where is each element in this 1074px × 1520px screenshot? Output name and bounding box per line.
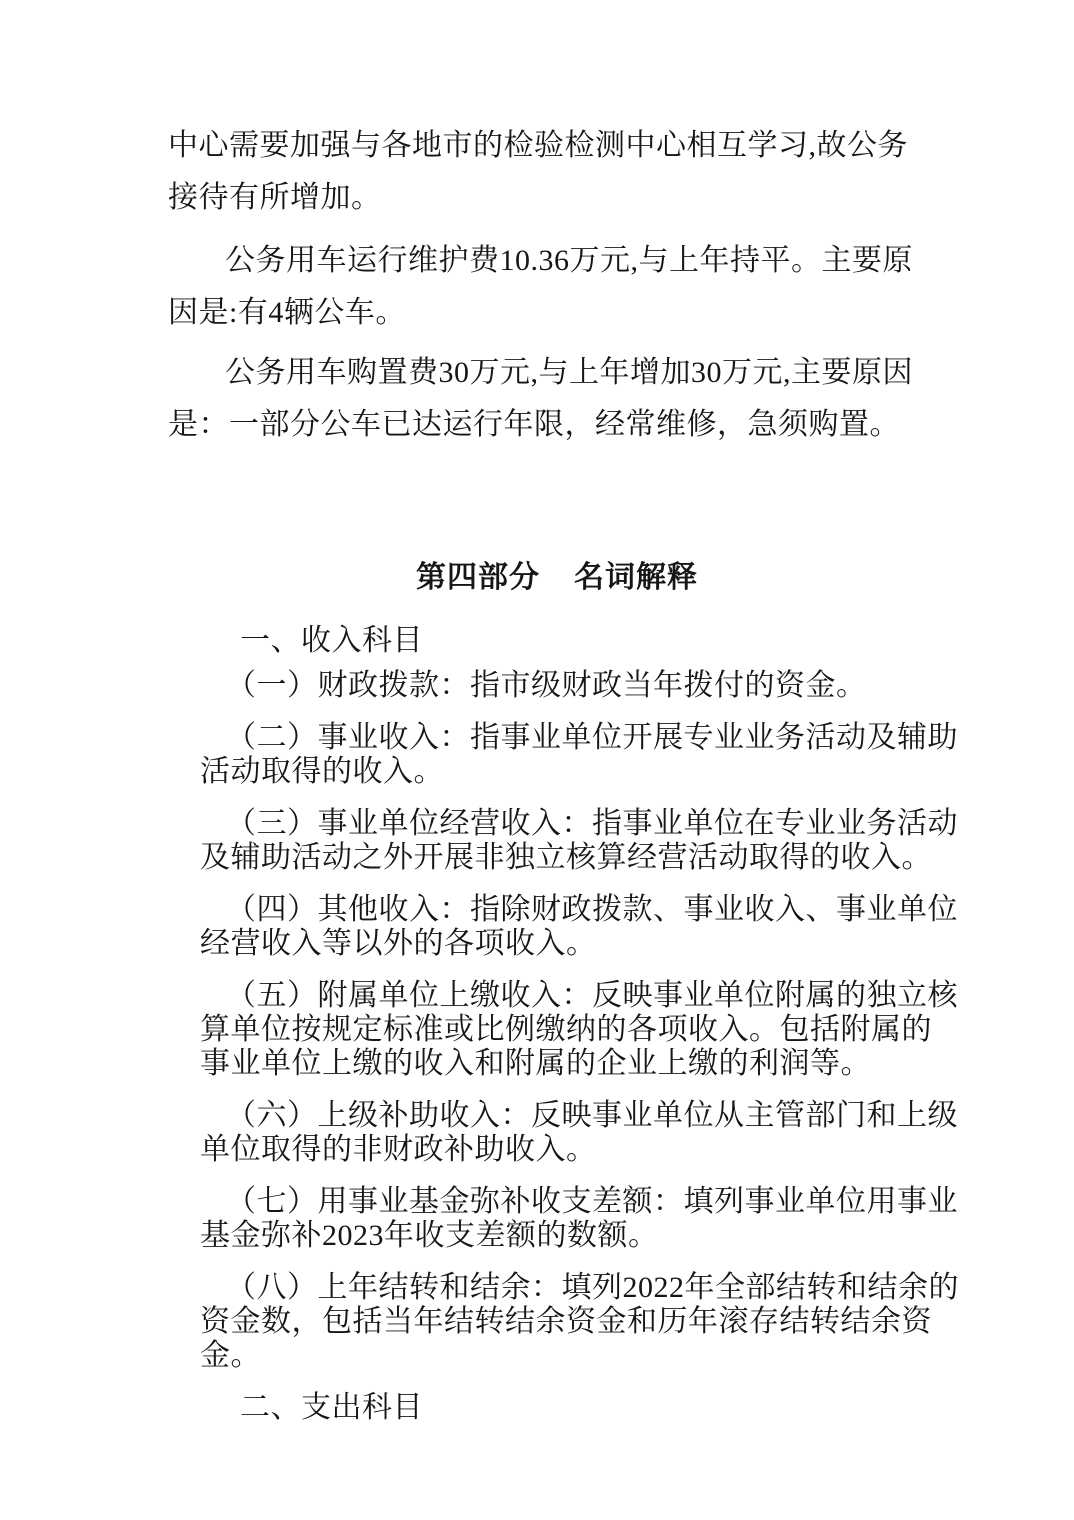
glossary-item-3: （三）事业单位经营收入：指事业单位在专业业务活动 及辅助活动之外开展非独立核算经… [200, 807, 1074, 875]
glossary-line: （六）上级补助收入：反映事业单位从主管部门和上级 [200, 1099, 1074, 1133]
glossary-line: （一）财政拨款：指市级财政当年拨付的资金。 [200, 669, 1074, 703]
glossary-line: 活动取得的收入。 [200, 755, 1074, 789]
glossary-line: （五）附属单位上缴收入：反映事业单位附属的独立核 [200, 979, 1074, 1013]
income-category-subheading: 一、收入科目 [240, 624, 1074, 658]
glossary-item-4: （四）其他收入：指除财政拨款、事业收入、事业单位 经营收入等以外的各项收入。 [200, 893, 1074, 961]
glossary-line: （三）事业单位经营收入：指事业单位在专业业务活动 [200, 807, 1074, 841]
text-line: 是：一部分公车已达运行年限，经常维修，急须购置。 [168, 399, 1074, 451]
glossary-line: 单位取得的非财政补助收入。 [200, 1133, 1074, 1167]
glossary-line: 基金弥补2023年收支差额的数额。 [200, 1219, 1074, 1253]
glossary-item-7: （七）用事业基金弥补收支差额：填列事业单位用事业 基金弥补2023年收支差额的数… [200, 1185, 1074, 1253]
text-line: 因是:有4辆公车。 [168, 287, 1074, 339]
glossary-line: （七）用事业基金弥补收支差额：填列事业单位用事业 [200, 1185, 1074, 1219]
glossary-line: 算单位按规定标准或比例缴纳的各项收入。包括附属的 [200, 1013, 1074, 1047]
text-line: 中心需要加强与各地市的检验检测中心相互学习,故公务 [168, 120, 1074, 172]
glossary-line: （四）其他收入：指除财政拨款、事业收入、事业单位 [200, 893, 1074, 927]
paragraph-reception-note: 中心需要加强与各地市的检验检测中心相互学习,故公务 接待有所增加。 [168, 120, 1074, 224]
part4-heading-title: 名词解释 [574, 561, 698, 594]
glossary-line: 资金数，包括当年结转结余资金和历年滚存结转结余资 [200, 1305, 1074, 1339]
part4-heading-label: 第四部分 [416, 561, 540, 594]
document-page: 中心需要加强与各地市的检验检测中心相互学习,故公务 接待有所增加。 公务用车运行… [0, 0, 1074, 1520]
paragraph-vehicle-purchase-fee: 公务用车购置费30万元,与上年增加30万元,主要原因 是：一部分公车已达运行年限… [168, 347, 1074, 451]
glossary-section: 一、收入科目 （一）财政拨款：指市级财政当年拨付的资金。 （二）事业收入：指事业… [168, 624, 1074, 1425]
paragraph-vehicle-maintenance-fee: 公务用车运行维护费10.36万元,与上年持平。主要原 因是:有4辆公车。 [168, 235, 1074, 339]
expense-category-subheading: 二、支出科目 [240, 1391, 1074, 1425]
glossary-item-5: （五）附属单位上缴收入：反映事业单位附属的独立核 算单位按规定标准或比例缴纳的各… [200, 979, 1074, 1081]
glossary-item-1: （一）财政拨款：指市级财政当年拨付的资金。 [200, 669, 1074, 703]
glossary-item-8: （八）上年结转和结余：填列2022年全部结转和结余的 资金数，包括当年结转结余资… [200, 1271, 1074, 1373]
part4-heading: 第四部分名词解释 [0, 558, 1074, 598]
glossary-line: 事业单位上缴的收入和附属的企业上缴的利润等。 [200, 1047, 1074, 1081]
glossary-item-6: （六）上级补助收入：反映事业单位从主管部门和上级 单位取得的非财政补助收入。 [200, 1099, 1074, 1167]
page-content: 中心需要加强与各地市的检验检测中心相互学习,故公务 接待有所增加。 公务用车运行… [0, 0, 1074, 1425]
glossary-line: （二）事业收入：指事业单位开展专业业务活动及辅助 [200, 721, 1074, 755]
glossary-item-2: （二）事业收入：指事业单位开展专业业务活动及辅助 活动取得的收入。 [200, 721, 1074, 789]
text-line: 接待有所增加。 [168, 172, 1074, 224]
glossary-line: 金。 [200, 1339, 1074, 1373]
text-line: 公务用车购置费30万元,与上年增加30万元,主要原因 [168, 347, 1074, 399]
glossary-line: 及辅助活动之外开展非独立核算经营活动取得的收入。 [200, 841, 1074, 875]
glossary-line: （八）上年结转和结余：填列2022年全部结转和结余的 [200, 1271, 1074, 1305]
glossary-line: 经营收入等以外的各项收入。 [200, 927, 1074, 961]
text-line: 公务用车运行维护费10.36万元,与上年持平。主要原 [168, 235, 1074, 287]
